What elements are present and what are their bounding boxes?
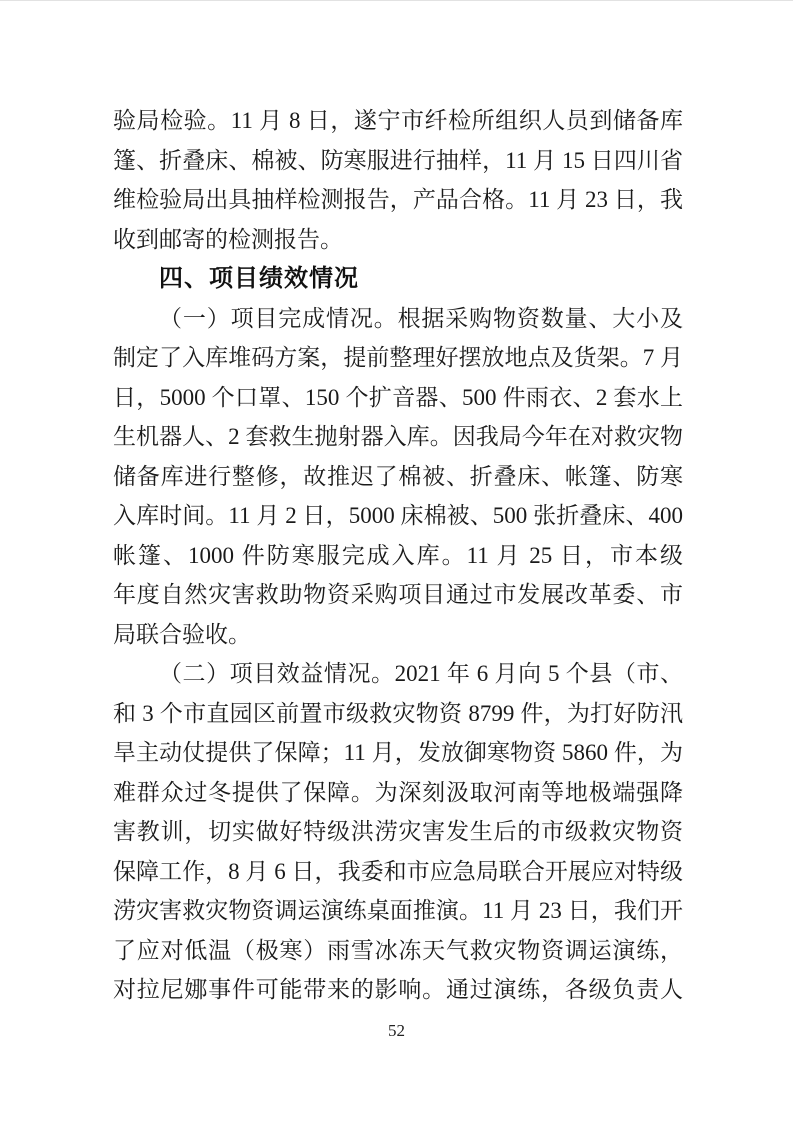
paragraph: （一）项目完成情况。根据采购物资数量、大小及重量制定了入库堆码方案，提前整理好摆… xyxy=(113,299,683,655)
text-line: 保障工作，8 月 6 日，我委和市应急局联合开展应对特级洪 xyxy=(113,852,683,892)
page-number: 52 xyxy=(0,1021,793,1041)
text-line: 害教训，切实做好特级洪涝灾害发生后的市级救灾物资应急 xyxy=(113,812,683,852)
text-line: 篷、折叠床、棉被、防寒服进行抽样，11 月 15 日四川省纤 xyxy=(113,141,683,181)
document-body: 验局检验。11 月 8 日，遂宁市纤检所组织人员到储备库对帐篷、折叠床、棉被、防… xyxy=(113,101,683,1010)
text-line: 和 3 个市直园区前置市级救灾物资 8799 件，为打好防汛抗 xyxy=(113,694,683,734)
text-line: 旱主动仗提供了保障；11 月，发放御寒物资 5860 件，为困 xyxy=(113,733,683,773)
text-line: 帐篷、1000 件防寒服完成入库。11 月 25 日，市本级 2021 xyxy=(113,536,683,576)
paragraph: 验局检验。11 月 8 日，遂宁市纤检所组织人员到储备库对帐篷、折叠床、棉被、防… xyxy=(113,101,683,259)
text-line: （二）项目效益情况。2021 年 6 月向 5 个县（市、区） xyxy=(113,654,683,694)
text-line: 验局检验。11 月 8 日，遂宁市纤检所组织人员到储备库对帐 xyxy=(113,101,683,141)
text-line: （一）项目完成情况。根据采购物资数量、大小及重量 xyxy=(113,299,683,339)
section-heading: 四、项目绩效情况 xyxy=(113,259,683,299)
text-line: 对拉尼娜事件可能带来的影响。通过演练，各级负责人进一 xyxy=(113,970,683,1010)
text-line: 制定了入库堆码方案，提前整理好摆放地点及货架。7 月 8 xyxy=(113,338,683,378)
document-page: 验局检验。11 月 8 日，遂宁市纤检所组织人员到储备库对帐篷、折叠床、棉被、防… xyxy=(0,0,793,1123)
text-line: 日，5000 个口罩、150 个扩音器、500 件雨衣、2 套水上救 xyxy=(113,378,683,418)
paragraph: （二）项目效益情况。2021 年 6 月向 5 个县（市、区）和 3 个市直园区… xyxy=(113,654,683,1010)
text-line: 维检验局出具抽样检测报告，产品合格。11 月 23 日，我委 xyxy=(113,180,683,220)
text-line: 局联合验收。 xyxy=(113,615,683,655)
text-line: 了应对低温（极寒）雨雪冰冻天气救灾物资调运演练，以应 xyxy=(113,931,683,971)
text-line: 年度自然灾害救助物资采购项目通过市发展改革委、市应急 xyxy=(113,575,683,615)
text-line: 入库时间。11 月 2 日，5000 床棉被、500 张折叠床、400 顶 xyxy=(113,496,683,536)
text-line: 难群众过冬提供了保障。为深刻汲取河南等地极端强降雨灾 xyxy=(113,773,683,813)
text-line: 收到邮寄的检测报告。 xyxy=(113,220,683,260)
text-line: 涝灾害救灾物资调运演练桌面推演。11 月 23 日，我们开展 xyxy=(113,891,683,931)
text-line: 生机器人、2 套救生抛射器入库。因我局今年在对救灾物资 xyxy=(113,417,683,457)
text-line: 储备库进行整修，故推迟了棉被、折叠床、帐篷、防寒服的 xyxy=(113,457,683,497)
